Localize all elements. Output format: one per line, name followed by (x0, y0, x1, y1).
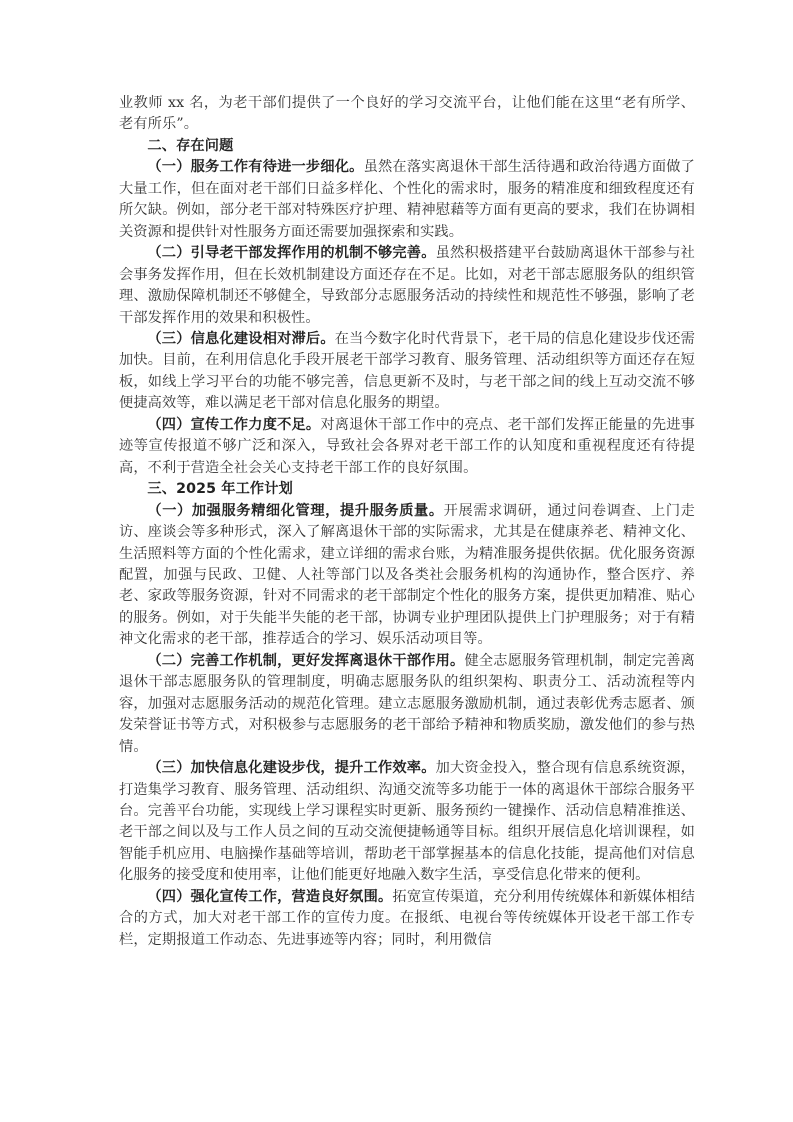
plan-item-1-body: 开展需求调研，通过问卷调查、上门走访、座谈会等多种形式，深入了解离退休干部的实际… (119, 503, 695, 648)
section-heading-problems: 二、存在问题 (119, 136, 695, 157)
problem-item-4-lead: （四）宣传工作力度不足。 (147, 417, 320, 433)
problem-item-3-lead: （三）信息化建设相对滞后。 (147, 331, 334, 347)
problem-item-1-lead: （一）服务工作有待进一步细化。 (147, 159, 363, 175)
plan-item-4: （四）强化宣传工作，营造良好氛围。拓宽宣传渠道，充分利用传统媒体和新媒体相结合的… (119, 887, 695, 951)
opening-paragraph-fragment: 业教师 xx 名，为老干部们提供了一个良好的学习交流平台，让他们能在这里“老有所… (119, 93, 695, 136)
plan-item-3-lead: （三）加快信息化建设步伐，提升工作效率。 (147, 760, 435, 776)
plan-item-1-lead: （一）加强服务精细化管理，提升服务质量。 (147, 503, 443, 519)
problem-item-1: （一）服务工作有待进一步细化。虽然在落实离退休干部生活待遇和政治待遇方面做了大量… (119, 157, 695, 243)
plan-item-2-lead: （二）完善工作机制，更好发挥离退休干部作用。 (147, 653, 464, 669)
plan-item-4-lead: （四）强化宣传工作，营造良好氛围。 (147, 889, 392, 905)
problem-item-4: （四）宣传工作力度不足。对离退休干部工作中的亮点、老干部们发挥正能量的先进事迹等… (119, 415, 695, 479)
section-heading-work-plan: 三、2025 年工作计划 (119, 479, 695, 500)
plan-item-3-body: 加大资金投入，整合现有信息系统资源，打造集学习教育、服务管理、活动组织、沟通交流… (119, 760, 695, 883)
problem-item-2: （二）引导老干部发挥作用的机制不够完善。虽然积极搭建平台鼓励离退休干部参与社会事… (119, 243, 695, 329)
plan-item-2: （二）完善工作机制，更好发挥离退休干部作用。健全志愿服务管理机制，制定完善离退休… (119, 651, 695, 758)
problem-item-2-lead: （二）引导老干部发挥作用的机制不够完善。 (147, 245, 435, 261)
problem-item-3: （三）信息化建设相对滞后。在当今数字化时代背景下，老干局的信息化建设步伐还需加快… (119, 329, 695, 415)
plan-item-3: （三）加快信息化建设步伐，提升工作效率。加大资金投入，整合现有信息系统资源，打造… (119, 758, 695, 887)
document-page: 业教师 xx 名，为老干部们提供了一个良好的学习交流平台，让他们能在这里“老有所… (119, 93, 695, 951)
plan-item-1: （一）加强服务精细化管理，提升服务质量。开展需求调研，通过问卷调查、上门走访、座… (119, 501, 695, 651)
